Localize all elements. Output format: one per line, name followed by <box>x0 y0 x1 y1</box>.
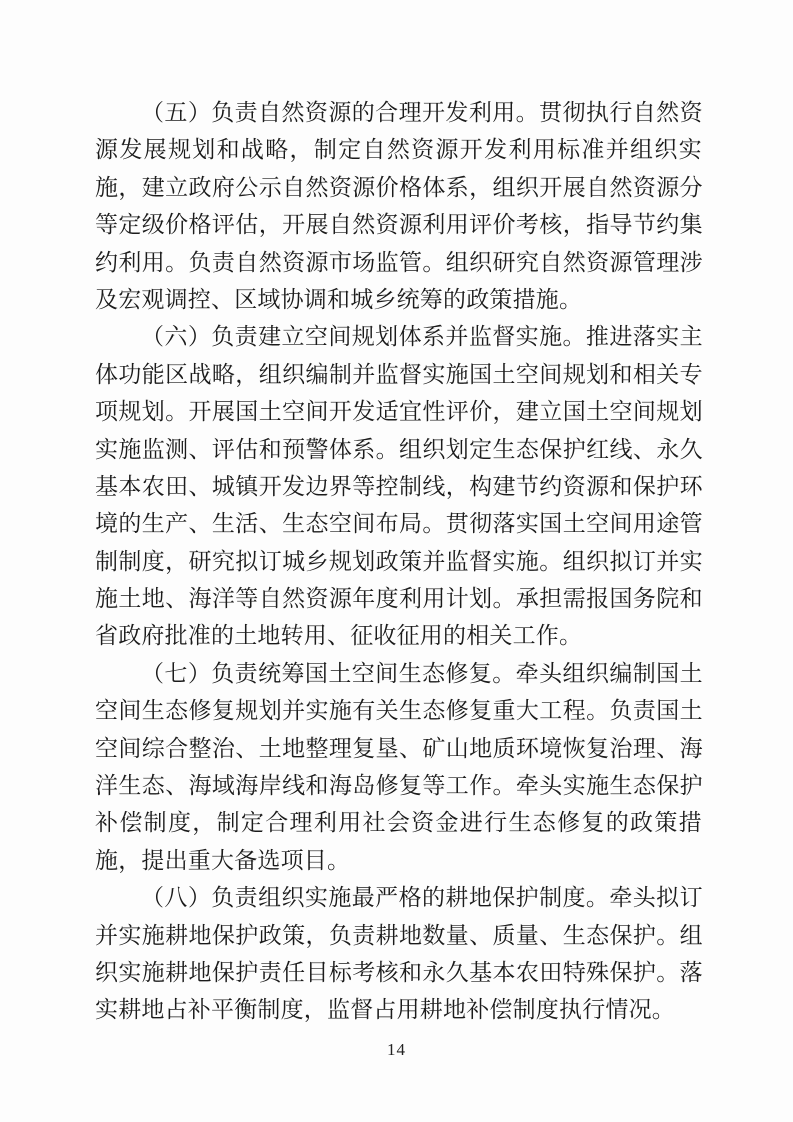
paragraph-item-5: （五）负责自然资源的合理开发利用。贯彻执行自然资源发展规划和战略，制定自然资源开… <box>95 94 703 318</box>
text-line: 补偿制度，制定合理利用社会资金进行生态修复的政策措 <box>95 804 703 841</box>
text-line: 及宏观调控、区域协调和城乡统筹的政策措施。 <box>95 281 703 318</box>
text-line: 基本农田、城镇开发边界等控制线，构建节约资源和保护环 <box>95 468 703 505</box>
text-line: 等定级价格评估，开展自然资源利用评价考核，指导节约集 <box>95 206 703 243</box>
text-line: 实耕地占补平衡制度，监督占用耕地补偿制度执行情况。 <box>95 991 703 1028</box>
text-line: 施，建立政府公示自然资源价格体系，组织开展自然资源分 <box>95 169 703 206</box>
text-line: 洋生态、海域海岸线和海岛修复等工作。牵头实施生态保护 <box>95 767 703 804</box>
text-line: 源发展规划和战略，制定自然资源开发利用标准并组织实 <box>95 131 703 168</box>
text-line: 空间生态修复规划并实施有关生态修复重大工程。负责国土 <box>95 692 703 729</box>
text-line: 制制度，研究拟订城乡规划政策并监督实施。组织拟订并实 <box>95 543 703 580</box>
paragraph-item-8: （八）负责组织实施最严格的耕地保护制度。牵头拟订并实施耕地保护政策，负责耕地数量… <box>95 879 703 1029</box>
text-line: （八）负责组织实施最严格的耕地保护制度。牵头拟订 <box>95 879 703 916</box>
text-line: 体功能区战略，组织编制并监督实施国土空间规划和相关专 <box>95 356 703 393</box>
text-line: 省政府批准的土地转用、征收征用的相关工作。 <box>95 617 703 654</box>
text-line: 空间综合整治、土地整理复垦、矿山地质环境恢复治理、海 <box>95 730 703 767</box>
text-line: 项规划。开展国土空间开发适宜性评价，建立国土空间规划 <box>95 393 703 430</box>
paragraph-item-6: （六）负责建立空间规划体系并监督实施。推进落实主体功能区战略，组织编制并监督实施… <box>95 318 703 655</box>
text-line: 境的生产、生活、生态空间布局。贯彻落实国土空间用途管 <box>95 505 703 542</box>
text-line: 施土地、海洋等自然资源年度利用计划。承担需报国务院和 <box>95 580 703 617</box>
text-line: （六）负责建立空间规划体系并监督实施。推进落实主 <box>95 318 703 355</box>
page-number: 14 <box>0 1040 793 1060</box>
text-line: 实施监测、评估和预警体系。组织划定生态保护红线、永久 <box>95 431 703 468</box>
text-line: （七）负责统筹国土空间生态修复。牵头组织编制国土 <box>95 655 703 692</box>
text-line: 织实施耕地保护责任目标考核和永久基本农田特殊保护。落 <box>95 954 703 991</box>
document-page: （五）负责自然资源的合理开发利用。贯彻执行自然资源发展规划和战略，制定自然资源开… <box>0 0 793 1122</box>
paragraph-item-7: （七）负责统筹国土空间生态修复。牵头组织编制国土空间生态修复规划并实施有关生态修… <box>95 655 703 879</box>
text-line: 约利用。负责自然资源市场监管。组织研究自然资源管理涉 <box>95 244 703 281</box>
document-body: （五）负责自然资源的合理开发利用。贯彻执行自然资源发展规划和战略，制定自然资源开… <box>95 94 703 1029</box>
text-line: 施，提出重大备选项目。 <box>95 842 703 879</box>
text-line: 并实施耕地保护政策，负责耕地数量、质量、生态保护。组 <box>95 917 703 954</box>
text-line: （五）负责自然资源的合理开发利用。贯彻执行自然资 <box>95 94 703 131</box>
